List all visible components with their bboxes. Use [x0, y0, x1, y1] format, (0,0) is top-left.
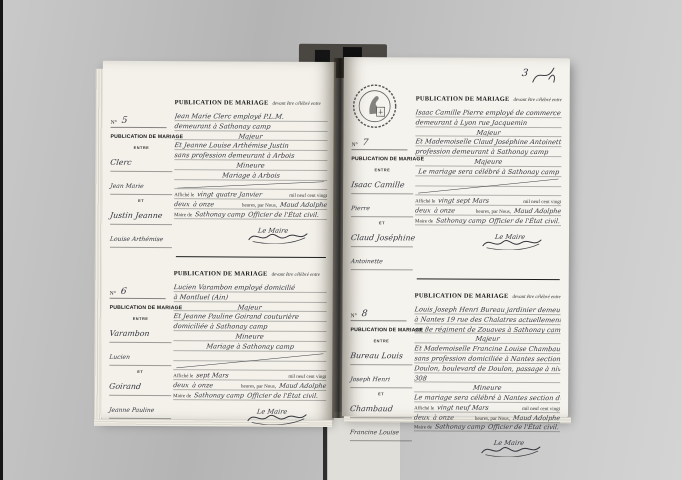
entry-printed-header: PUBLICATION DE MARIAGE devant être céléb…	[415, 284, 561, 303]
party2-givenname-line: Jeanne Pauline	[109, 399, 171, 419]
entry-number-line: N° 5	[111, 117, 167, 128]
party2-givenname-line: Francine Louise	[350, 421, 412, 441]
handwritten-text: Mineure	[235, 331, 265, 341]
heures-label: heures, par Nous,	[476, 209, 511, 214]
heures-label: heures, par Nous,	[241, 384, 276, 389]
heures-label: heures, par Nous,	[475, 416, 510, 421]
form-title: PUBLICATION DE MARIAGE	[416, 95, 510, 102]
entry-number: 8	[361, 310, 368, 319]
cancellation-stroke-icon	[415, 176, 561, 195]
handwritten-text: Majeur	[238, 131, 263, 141]
party2-surname-line: Chambaud	[350, 398, 412, 418]
entry-printed-header: PUBLICATION DE MARIAGE devant être céléb…	[175, 91, 328, 110]
le-maire-caption: Le Maire	[494, 439, 525, 447]
party2-surname-line: Justin Jeanne	[110, 205, 172, 225]
year-suffix: deux	[173, 381, 189, 389]
posting-time: à onze	[192, 200, 239, 208]
handwritten-text: Majeur	[476, 127, 501, 137]
posting-time: à onze	[433, 206, 473, 214]
entry-main-column: PUBLICATION DE MARIAGE devant être céléb…	[415, 87, 565, 274]
party2-givenname-line: Antoinette	[351, 250, 413, 270]
handwritten-text: à Montluel (Ain)	[174, 292, 229, 302]
marriage-publication-entry: N° 6 PUBLICATION DE MARIAGE ENTRE Varamb…	[107, 262, 330, 425]
margin-form-title: PUBLICATION DE MARIAGE	[350, 327, 412, 333]
entry-printed-header: PUBLICATION DE MARIAGE devant être céléb…	[174, 262, 327, 281]
body-lines: Louis Joseph Henri Bureau jardinier deme…	[414, 304, 561, 403]
entry-separator-line	[417, 278, 560, 280]
party1-surname: Isaac Camille	[351, 180, 405, 189]
officiant-name: Maud Adolphe	[512, 413, 560, 421]
party1-surname: Bureau Louis	[350, 351, 404, 360]
affiche-label: Affiché le	[173, 374, 193, 379]
official-seal-icon	[352, 83, 398, 129]
entry-slot-left-bottom: N° 6 PUBLICATION DE MARIAGE ENTRE Varamb…	[107, 262, 330, 425]
officier-etat-civil: Officier de l'État civil.	[247, 210, 327, 218]
margin-form-title: PUBLICATION DE MARIAGE	[110, 134, 172, 140]
party2-surname-line: Claud Joséphine	[351, 227, 413, 247]
entry-number-line: N° 7	[351, 139, 407, 150]
party2-givenname-line: Louise Arthémise	[110, 228, 172, 248]
handwritten-text: 308	[414, 373, 427, 383]
le-maire-caption: Le Maire	[257, 407, 288, 415]
marriage-publication-entry: N° 8 PUBLICATION DE MARIAGE ENTRE Bureau…	[348, 284, 564, 457]
officier-etat-civil: Officier de l'État civil.	[488, 216, 561, 224]
party1-givenname: Pierre	[351, 205, 371, 212]
blank-strike-zone	[173, 351, 326, 371]
entry-margin-column: N° 7 PUBLICATION DE MARIAGE ENTRE Isaac …	[349, 87, 416, 273]
handwritten-text: Mariage à Arbois	[221, 170, 280, 180]
maire-de-label: Maire de	[173, 394, 191, 399]
party1-givenname: Jean Marie	[110, 183, 144, 190]
margin-form-title: PUBLICATION DE MARIAGE	[110, 305, 172, 311]
body-lines: Lucien Varambon employé domiciliéà Montl…	[173, 282, 326, 351]
scan-left-black-edge	[0, 0, 3, 480]
officier-etat-civil: Officier de l'État civil.	[246, 391, 326, 399]
blank-strike-zone	[415, 176, 561, 196]
handwritten-text: Mariage à Sathonay camp	[205, 341, 294, 351]
handwritten-text: Majeure	[474, 157, 503, 167]
signature-row	[415, 234, 561, 250]
party2-givenname: Louise Arthémise	[110, 236, 164, 243]
entry-number: 6	[120, 288, 127, 297]
affiche-label: Affiché le	[414, 406, 434, 411]
party1-givenname-line: Pierre	[351, 197, 413, 217]
party1-givenname-line: Lucien	[109, 346, 171, 366]
entry-margin-column: N° 6 PUBLICATION DE MARIAGE ENTRE Varamb…	[107, 262, 174, 424]
party1-surname-line: Isaac Camille	[351, 174, 413, 194]
entry-separator-line	[176, 256, 326, 258]
et-label: ET	[110, 198, 172, 203]
party2-givenname: Francine Louise	[350, 429, 400, 436]
et-label: ET	[351, 220, 413, 225]
register-book: N° 5 PUBLICATION DE MARIAGE ENTRE Clerc …	[95, 41, 579, 426]
party2-surname: Justin Jeanne	[110, 211, 163, 220]
cancellation-stroke-icon	[174, 180, 327, 190]
body-lines: Isaac Camille Pierre employé de commerce…	[415, 107, 561, 176]
commune-name: Sathonay camp	[195, 210, 246, 218]
commune-name: Sathonay camp	[435, 216, 486, 224]
signature-row	[414, 441, 560, 457]
form-subtitle: devant être célébré entre	[272, 273, 320, 278]
entry-margin-column: N° 8 PUBLICATION DE MARIAGE ENTRE Bureau…	[348, 284, 415, 456]
party1-givenname: Joseph Henri	[350, 376, 391, 383]
posting-date: vingt neuf Mars	[437, 403, 520, 411]
officier-etat-civil: Officier de l'État civil.	[487, 423, 560, 431]
commune-name: Sathonay camp	[434, 423, 485, 431]
form-title: PUBLICATION DE MARIAGE	[175, 99, 269, 106]
entre-label: ENTRE	[351, 167, 413, 172]
register-page-left: N° 5 PUBLICATION DE MARIAGE ENTRE Clerc …	[101, 61, 336, 420]
numero-label: N°	[110, 291, 116, 297]
form-title: PUBLICATION DE MARIAGE	[415, 292, 509, 299]
form-subtitle: devant être célébré entre	[272, 102, 320, 107]
entry-slot-right-top: N° 7 PUBLICATION DE MARIAGE ENTRE Isaac …	[349, 87, 565, 274]
entry-number: 5	[121, 117, 128, 126]
year-suffix: deux	[415, 206, 431, 214]
numero-label: N°	[351, 142, 357, 148]
entry-slot-right-bottom: N° 8 PUBLICATION DE MARIAGE ENTRE Bureau…	[348, 284, 564, 457]
signature-row	[174, 228, 327, 244]
officiant-name: Maud Adolphe	[279, 381, 327, 389]
form-subtitle: devant être célébré entre	[512, 295, 560, 300]
posting-time: à onze	[432, 413, 472, 421]
year-printed-label: mil neuf cent vingt	[288, 375, 326, 380]
handwritten-text: Majeur	[237, 302, 262, 312]
et-label: ET	[109, 369, 171, 374]
handwritten-text: Majeur	[475, 334, 500, 344]
blank-strike-zone	[174, 180, 327, 191]
numero-label: N°	[351, 313, 357, 319]
form-subtitle: devant être célébré entre	[513, 98, 561, 103]
marriage-publication-entry: N° 5 PUBLICATION DE MARIAGE ENTRE Clerc …	[108, 91, 331, 252]
margin-form-title: PUBLICATION DE MARIAGE	[351, 156, 413, 162]
year-suffix: deux	[174, 200, 190, 208]
party1-givenname-line: Joseph Henri	[350, 368, 412, 388]
body-lines: Jean Marie Clerc employé P.L.M.demeurant…	[174, 111, 327, 180]
marriage-publication-entry: N° 7 PUBLICATION DE MARIAGE ENTRE Isaac …	[349, 87, 565, 274]
party2-givenname: Jeanne Pauline	[109, 407, 155, 414]
maire-de-label: Maire de	[414, 426, 432, 431]
entry-printed-header: PUBLICATION DE MARIAGE devant être céléb…	[416, 87, 562, 106]
le-maire-caption: Le Maire	[495, 232, 526, 240]
party1-givenname-line: Jean Marie	[110, 175, 172, 195]
photo-of-register: { "photo": { "folio_number": "3" }, "col…	[0, 0, 682, 480]
maire-de-label: Maire de	[174, 213, 192, 218]
posting-date: sept Mars	[196, 371, 286, 379]
party1-surname-line: Clerc	[110, 152, 172, 172]
year-suffix: deux	[414, 413, 430, 421]
numero-label: N°	[111, 120, 117, 126]
year-printed-label: mil neuf cent vingt	[289, 194, 327, 199]
affiche-label: Affiché le	[174, 193, 194, 198]
party2-surname-line: Goirand	[109, 376, 171, 396]
cancellation-stroke-icon	[173, 351, 326, 370]
party1-surname-line: Bureau Louis	[350, 345, 412, 365]
entry-slot-left-top: N° 5 PUBLICATION DE MARIAGE ENTRE Clerc …	[108, 91, 331, 252]
party1-surname: Clerc	[110, 158, 132, 167]
entry-main-column: PUBLICATION DE MARIAGE devant être céléb…	[414, 284, 564, 457]
party2-surname: Chambaud	[350, 404, 394, 413]
entry-number-line: N° 6	[110, 288, 166, 299]
affiche-label: Affiché le	[415, 199, 435, 204]
party1-surname-line: Varambon	[109, 323, 171, 343]
party1-givenname: Lucien	[109, 354, 130, 361]
le-maire-caption: Le Maire	[258, 226, 289, 234]
year-printed-label: mil neuf cent vingt	[522, 407, 560, 412]
entry-main-column: PUBLICATION DE MARIAGE devant être céléb…	[173, 262, 330, 425]
posting-date: vingt sept Mars	[438, 197, 521, 205]
party2-surname: Claud Joséphine	[350, 233, 415, 242]
posting-time: à onze	[191, 381, 238, 389]
entre-label: ENTRE	[110, 145, 172, 150]
form-title: PUBLICATION DE MARIAGE	[174, 270, 268, 277]
maire-de-label: Maire de	[415, 219, 433, 224]
officiant-name: Maud Adolphe	[279, 201, 327, 209]
posting-date: vingt quatre Janvier	[197, 190, 287, 198]
commune-name: Sathonay camp	[194, 391, 245, 399]
register-page-right: 3 N° 7 PUBLICATION DE MARIAGE ENTRE Isa	[342, 57, 570, 417]
entre-label: ENTRE	[350, 338, 412, 343]
party2-givenname: Antoinette	[350, 258, 383, 265]
entre-label: ENTRE	[110, 316, 172, 321]
handwritten-text: Mineure	[472, 383, 502, 393]
entry-number: 7	[362, 139, 369, 148]
party1-surname: Varambon	[109, 329, 150, 338]
entry-number-line: N° 8	[351, 310, 407, 321]
signature-row	[173, 409, 326, 425]
et-label: ET	[350, 391, 412, 396]
heures-label: heures, par Nous,	[242, 203, 277, 208]
entry-main-column: PUBLICATION DE MARIAGE devant être céléb…	[174, 91, 331, 252]
year-printed-label: mil neuf cent vingt	[523, 200, 561, 205]
party2-surname: Goirand	[109, 382, 142, 391]
officiant-name: Maud Adolphe	[513, 207, 561, 215]
entry-margin-column: N° 5 PUBLICATION DE MARIAGE ENTRE Clerc …	[108, 91, 175, 251]
handwritten-text: Mineure	[236, 160, 266, 170]
